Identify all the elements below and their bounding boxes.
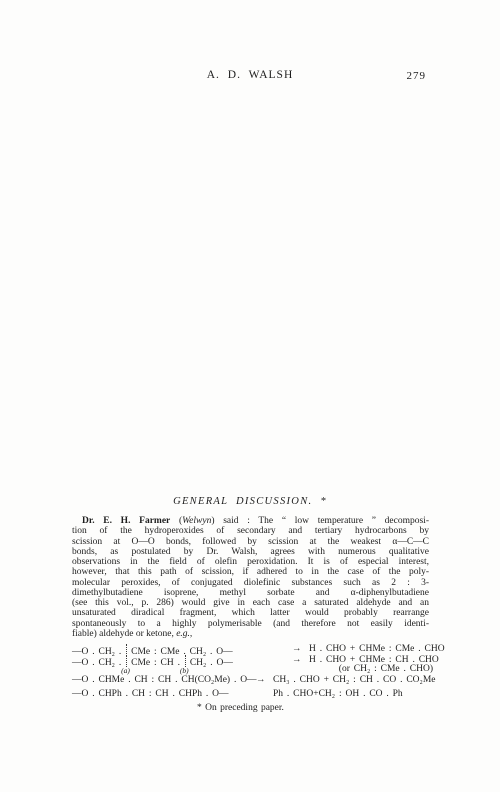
paragraph-line: bonds, as postulated by Dr. Walsh, agree… (72, 547, 429, 557)
equation-3-right: CH₃ . CHO + CH₂ : CH . CO . CO₂Me (273, 675, 436, 685)
equation-4-right: Ph . CHO+CH₂ : OH . CO . Ph (273, 689, 403, 699)
paragraph-line: Dr. E. H. Farmer (Welwyn) said : The “ l… (72, 516, 429, 526)
paragraph-line: unsaturated diradical fragment, which la… (72, 608, 429, 618)
paragraph-line: scission at O—O bonds, followed by sciss… (72, 537, 429, 547)
reaction-arrow-icon: → (292, 644, 302, 654)
equation-1-right: H . CHO + CHMe : CMe . CHO (309, 644, 445, 654)
paragraph-text-eg: e.g., (176, 629, 192, 639)
discussion-paragraph: Dr. E. H. Farmer (Welwyn) said : The “ l… (72, 516, 429, 639)
paragraph-line: (see this vol., p. 286) would give in ea… (72, 598, 429, 608)
paragraph-text: ) said : The “ low temperature ” decompo… (211, 516, 429, 526)
section-heading: GENERAL DISCUSSION. * (0, 496, 500, 507)
scission-mark-a-icon: (a) (126, 655, 129, 667)
speaker-name: Dr. E. H. Farmer (82, 516, 170, 526)
page-number: 279 (407, 70, 427, 82)
paragraph-text: fiable) aldehyde or ketone, (72, 629, 176, 639)
speaker-location: Welwyn (182, 516, 211, 526)
paragraph-text: ( (170, 516, 182, 526)
scission-label-b: (b) (180, 666, 189, 676)
paragraph-line: spontaneously to a highly polymerisable … (72, 619, 429, 629)
running-header: A. D. WALSH 279 (0, 69, 500, 85)
reaction-arrow-icon: → (292, 655, 302, 665)
formula-text: —O . CH₂ . (72, 658, 125, 668)
footnote: * On preceding paper. (197, 703, 284, 713)
equation-2-left: —O . CH₂ . (a)CMe : CH . (b)CH₂ . O— (72, 655, 233, 668)
section-heading-text: GENERAL DISCUSSION. * (173, 496, 327, 507)
paragraph-line: observations in the field of olefin pero… (72, 557, 429, 567)
paragraph-line: molecular peroxides, of conjugated diole… (72, 578, 429, 588)
reaction-arrow-icon: → (256, 675, 266, 685)
scission-label-a: (a) (121, 666, 130, 676)
equation-3-left: —O . CHMe . CH : CH . CH(CO₂Me) . O— (72, 675, 257, 685)
equation-4-left: —O . CHPh . CH : CH . CHPh . O— (72, 689, 228, 699)
paragraph-line: fiable) aldehyde or ketone, e.g., (72, 629, 429, 639)
equation-2-alternative: (or CH₂ : CMe . CHO) (339, 664, 433, 674)
paragraph-line: dimethylbutadiene isoprene, methyl sorba… (72, 588, 429, 598)
scission-mark-b-icon: (b) (185, 655, 188, 667)
document-page: A. D. WALSH 279 GENERAL DISCUSSION. * Dr… (0, 0, 500, 792)
paragraph-line: tion of the hydroperoxides of secondary … (72, 526, 429, 536)
formula-text: CMe : CH . (131, 658, 184, 668)
paragraph-line: however, that this path of scission, if … (72, 567, 429, 577)
formula-text: CH₂ . O— (190, 658, 233, 668)
